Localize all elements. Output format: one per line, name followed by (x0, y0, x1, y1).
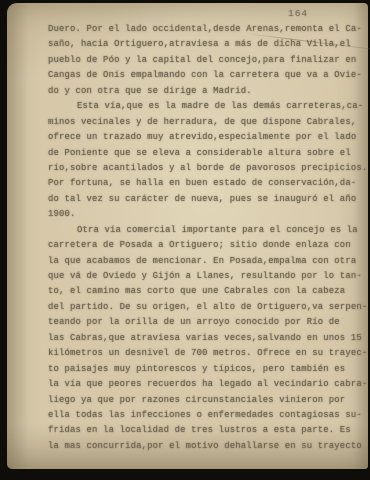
text-line: teando por la orilla de un arroyo conoci… (48, 315, 360, 330)
typewritten-text-block: Duero. Por el lado occidental,desde Aren… (48, 22, 360, 454)
text-line: la mas concurrida,por el motivo dehallar… (48, 439, 360, 454)
text-line: las Cabras,que atraviesa varias veces,sa… (48, 331, 360, 346)
text-line: do tal vez su carácter de nueva, pues se… (48, 192, 360, 207)
text-line: ofrece un trazado muy atrevido,especialm… (48, 130, 360, 145)
text-line: Esta vía,que es la madre de las demás ca… (48, 99, 360, 114)
text-line: la que acabamos de mencionar. En Posada,… (48, 254, 360, 269)
text-line: kilómetros un desnivel de 700 metros. Of… (48, 346, 360, 361)
text-line: to paisajes muy pintorescos y típicos, p… (48, 362, 360, 377)
text-line: pueblo de Póo y la capital del concejo,p… (48, 53, 360, 68)
text-line: Duero. Por el lado occidental,desde Aren… (48, 22, 360, 37)
text-line: que vá de Oviedo y Gijón a Llanes, resul… (48, 269, 360, 284)
text-line: la vía que peores recuerdos ha legado al… (48, 377, 360, 392)
text-line: Otra vía comercial importante para el co… (48, 223, 360, 238)
text-line: de Poniente que se eleva a considerable … (48, 146, 360, 161)
text-line: fridas en la localidad de tres lustros a… (48, 423, 360, 438)
text-line: ella todas las infecciones o enfermedade… (48, 408, 360, 423)
page-number: 164 (288, 8, 308, 19)
text-line: to, el camino mas corto que une Cabrales… (48, 284, 360, 299)
text-line: liego ya que por razones circunstanciale… (48, 393, 360, 408)
scanned-document: 164 Duero. Por el lado occidental,desde … (0, 0, 370, 480)
text-line: río,sobre acantilados y al borde de pavo… (48, 161, 360, 176)
text-line: 1900. (48, 207, 360, 222)
text-line: minos vecinales y de herradura, de que d… (48, 115, 360, 130)
text-line: del partido. De su origen, el alto de Or… (48, 300, 360, 315)
text-line: do y con otra que se dirige a Madrid. (48, 84, 360, 99)
text-line: saño, hacia Ortiguero,atraviesa a más de… (48, 37, 360, 52)
paper-page: 164 Duero. Por el lado occidental,desde … (7, 3, 368, 469)
text-line: Por fortuna, se halla en buen estado de … (48, 176, 360, 191)
text-line: carretera de Posada a Ortiguero; sitio d… (48, 238, 360, 253)
text-line: Cangas de Onís empalmando con la carrete… (48, 68, 360, 83)
